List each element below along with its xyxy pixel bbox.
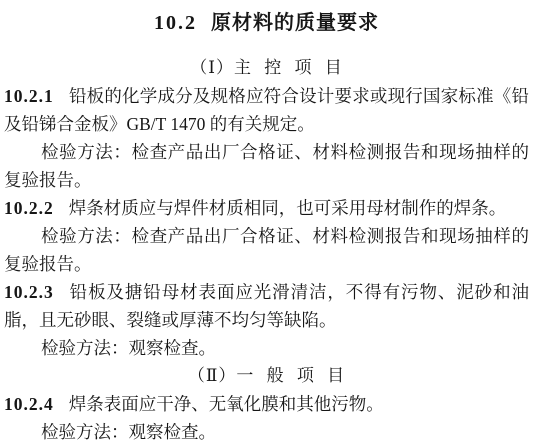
document-body: （Ⅰ）主 控 项 目10.2.1铅板的化学成分及规格应符合设计要求或现行国家标准…	[4, 54, 529, 444]
clause-number: 10.2.2	[4, 198, 54, 218]
section-title-text: 原材料的质量要求	[211, 12, 379, 34]
method-paragraph: 检验方法：观察检查。	[4, 334, 529, 362]
clause-text: 铅板的化学成分及规格应符合设计要求或现行国家标准《铅及铅锑合金板》GB/T 14…	[4, 86, 529, 134]
clause-number: 10.2.3	[4, 282, 54, 302]
clause-text: 焊条材质应与焊件材质相同，也可采用母材制作的焊条。	[69, 198, 507, 218]
clause-paragraph: 10.2.1铅板的化学成分及规格应符合设计要求或现行国家标准《铅及铅锑合金板》G…	[4, 82, 529, 138]
clause-paragraph: 10.2.3铅板及搪铅母材表面应光滑清洁，不得有污物、泥砂和油脂，且无砂眼、裂缝…	[4, 278, 529, 334]
method-paragraph: 检验方法：检查产品出厂合格证、材料检测报告和现场抽样的复验报告。	[4, 222, 529, 278]
subheading: （Ⅱ）一 般 项 目	[4, 362, 529, 390]
clause-text: 铅板及搪铅母材表面应光滑清洁，不得有污物、泥砂和油脂，且无砂眼、裂缝或厚薄不均匀…	[4, 282, 529, 330]
clause-paragraph: 10.2.2焊条材质应与焊件材质相同，也可采用母材制作的焊条。	[4, 194, 529, 222]
method-paragraph: 检验方法：观察检查。	[4, 418, 529, 444]
clause-text: 焊条表面应干净、无氧化膜和其他污物。	[69, 394, 384, 414]
section-number: 10.2	[154, 12, 197, 34]
clause-paragraph: 10.2.4焊条表面应干净、无氧化膜和其他污物。	[4, 390, 529, 418]
page-title: 10.2原材料的质量要求	[4, 10, 529, 54]
clause-number: 10.2.4	[4, 394, 54, 414]
clause-number: 10.2.1	[4, 86, 54, 106]
document-page: 10.2原材料的质量要求 （Ⅰ）主 控 项 目10.2.1铅板的化学成分及规格应…	[0, 0, 533, 444]
subheading: （Ⅰ）主 控 项 目	[4, 54, 529, 82]
method-paragraph: 检验方法：检查产品出厂合格证、材料检测报告和现场抽样的复验报告。	[4, 138, 529, 194]
